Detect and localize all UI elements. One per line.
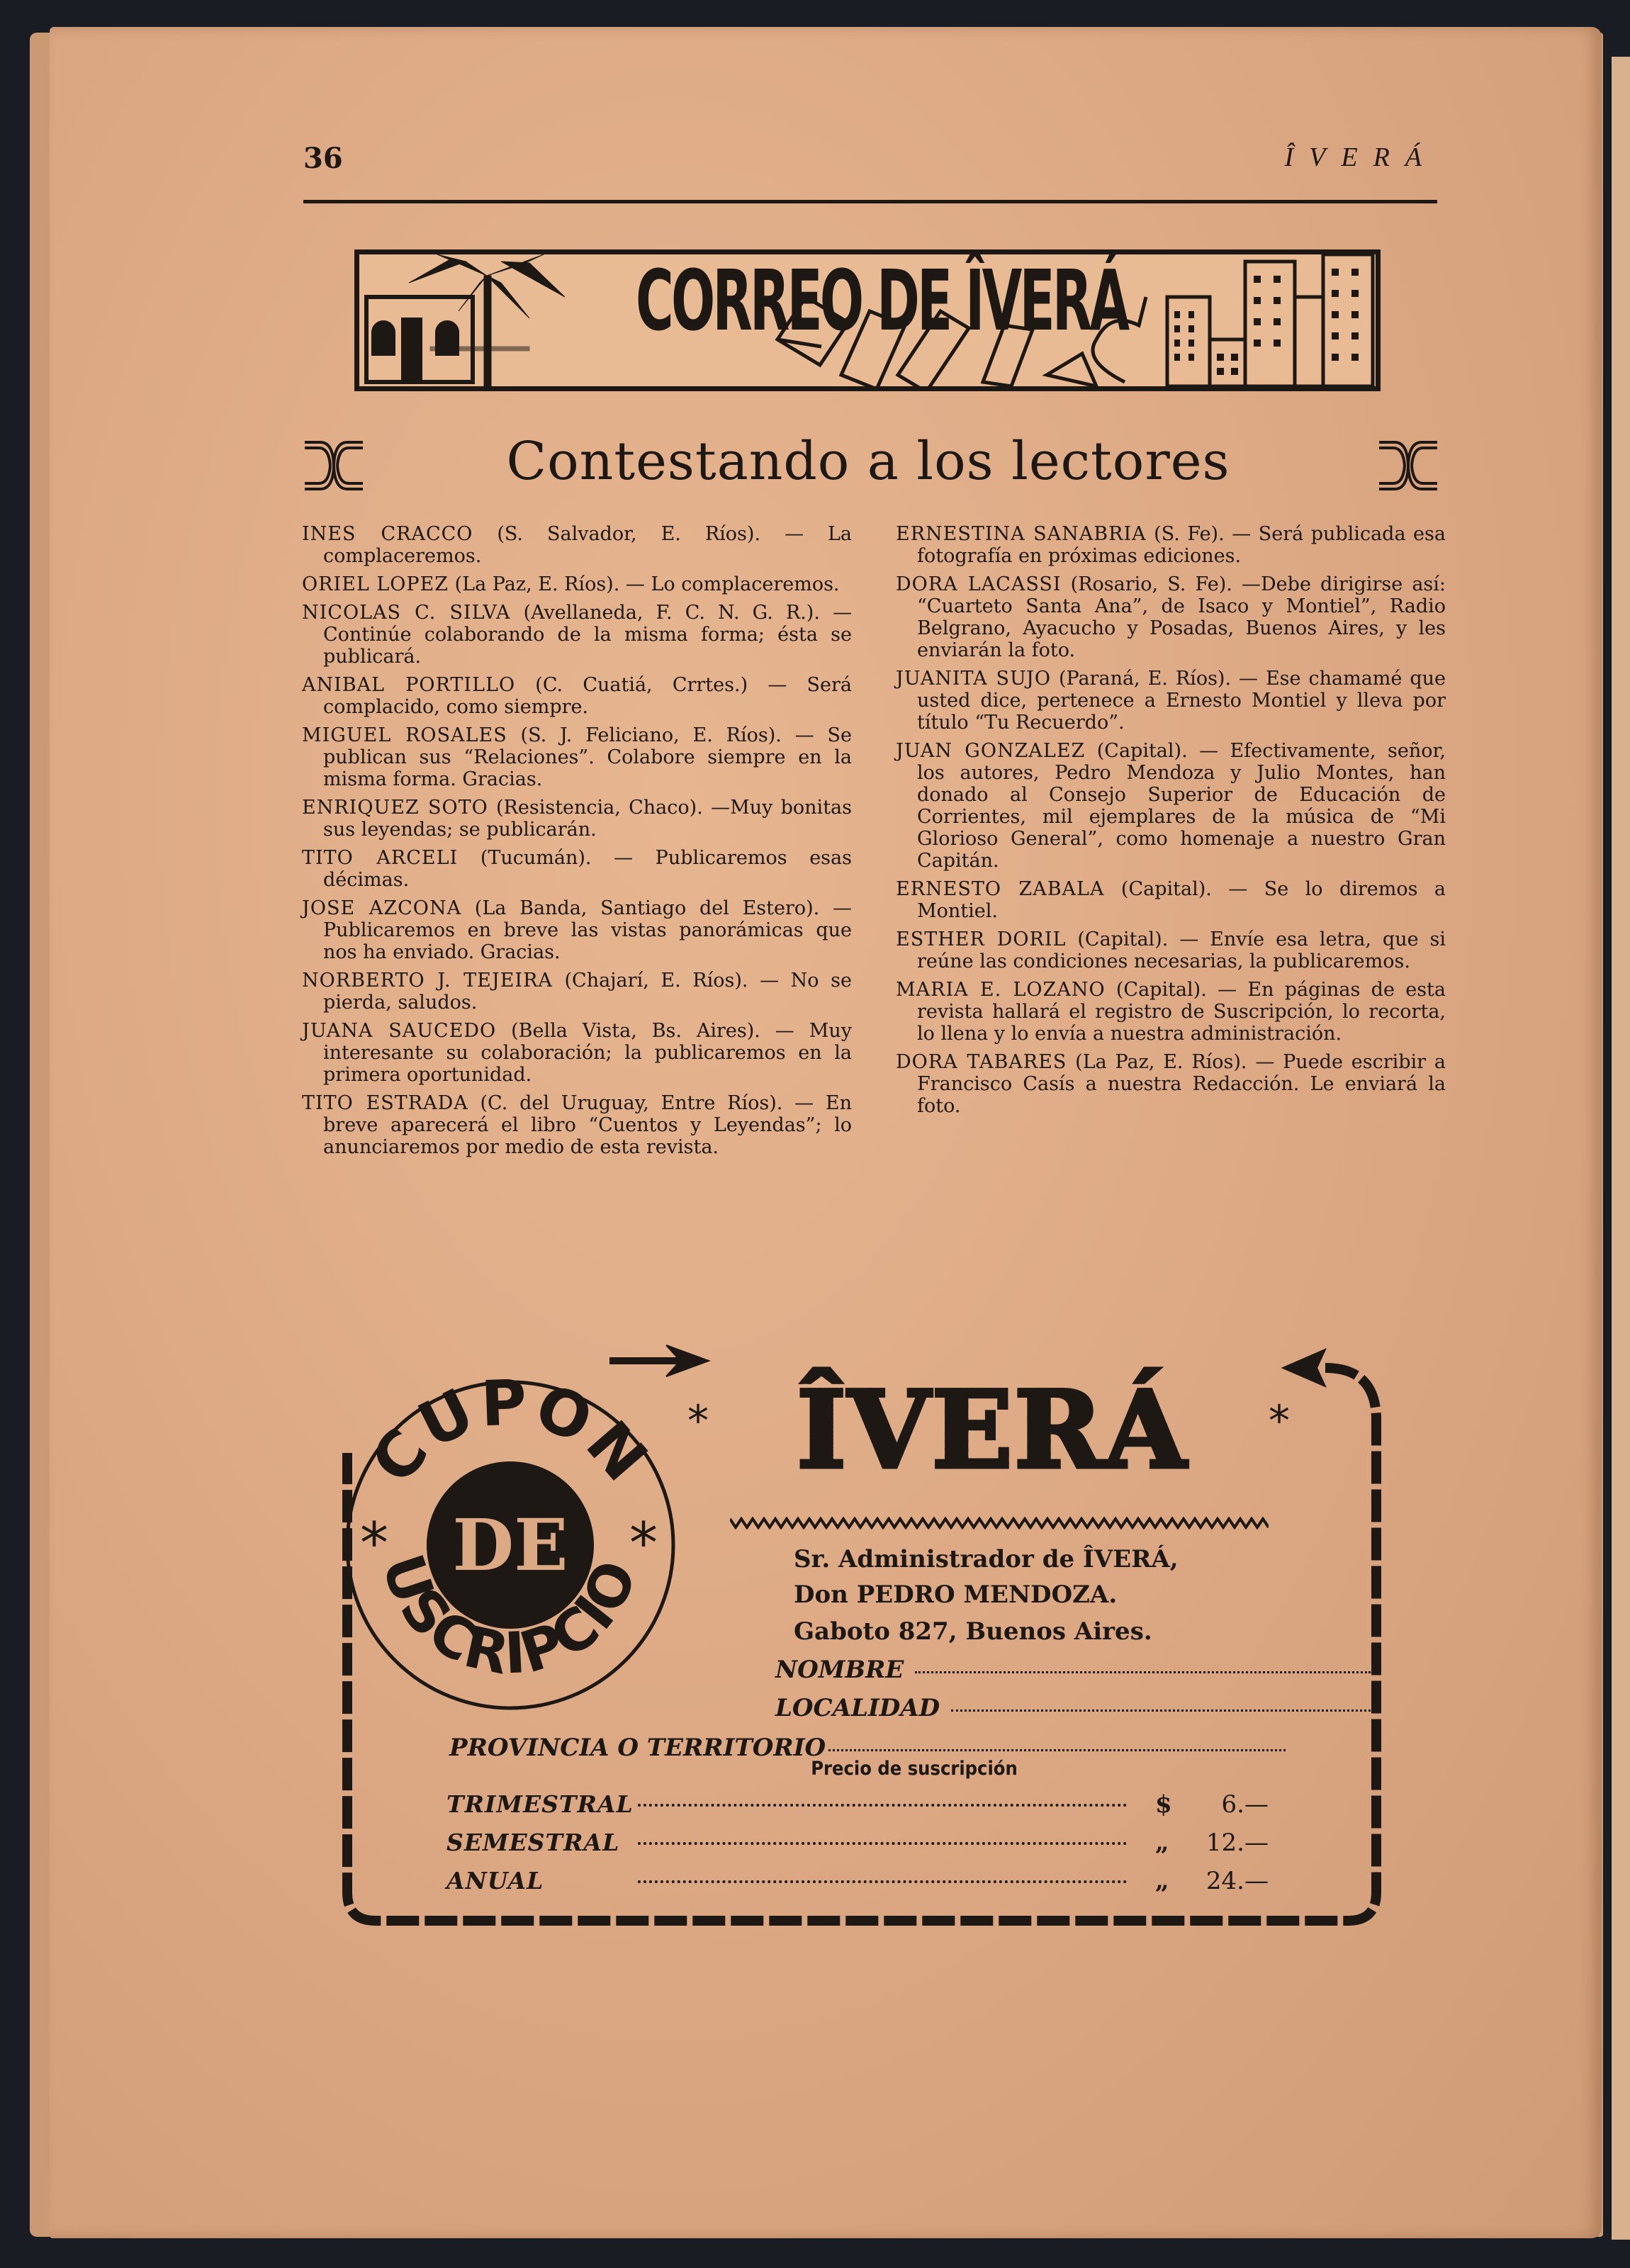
reader-name: JUANITA SUJO [896, 668, 1051, 690]
reader-reply: MIGUEL ROSALES (S. J. Feliciano, E. Ríos… [302, 724, 852, 790]
price-row-semestral: SEMESTRAL„12.— [446, 1829, 1269, 1860]
leader-dots [638, 1842, 1127, 1845]
replies-column-left: INES CRACCO (S. Salvador, E. Ríos). — La… [302, 523, 852, 1164]
subscription-coupon: CUPON SUSCRIPCION DE * * * * ÎVERÁ Sr. A… [333, 1340, 1389, 1928]
next-page-edge [1612, 57, 1630, 2240]
star-icon: * [629, 1510, 658, 1576]
reader-reply: NORBERTO J. TEJEIRA (Chajarí, E. Ríos). … [302, 970, 852, 1014]
price-title: Precio de suscripción [755, 1758, 1074, 1780]
nombre-input-line[interactable] [915, 1671, 1371, 1673]
reader-location: (Rosario, S. Fe). [1062, 573, 1242, 595]
reader-reply: ENRIQUEZ SOTO (Resistencia, Chaco). —Muy… [302, 797, 852, 841]
nombre-field[interactable]: NOMBRE [775, 1656, 1371, 1684]
price-amount: 6.— [1184, 1790, 1269, 1819]
star-icon: * [1269, 1396, 1290, 1446]
reader-reply: ORIEL LOPEZ (La Paz, E. Ríos). — Lo comp… [302, 573, 852, 595]
scroll-ornament-icon [1378, 438, 1439, 493]
price-currency: „ [1155, 1829, 1184, 1857]
reader-location: (S. Salvador, E. Ríos). [473, 523, 785, 545]
reader-name: ESTHER DORIL [896, 928, 1066, 950]
price-currency: $ [1155, 1790, 1184, 1819]
reader-name: NICOLAS C. SILVA [302, 602, 511, 624]
reader-location: (S. Fe). [1147, 523, 1232, 545]
reader-reply: TITO ARCELI (Tucumán). — Publicaremos es… [302, 847, 852, 891]
price-amount: 12.— [1184, 1829, 1269, 1857]
reader-reply: DORA LACASSI (Rosario, S. Fe). —Debe dir… [896, 573, 1446, 661]
reader-reply: ESTHER DORIL (Capital). — Envíe esa letr… [896, 928, 1446, 972]
price-label: TRIMESTRAL [446, 1790, 638, 1818]
reader-location: (Resistencia, Chaco). [488, 797, 711, 819]
reader-name: ERNESTINA SANABRIA [896, 523, 1147, 545]
reader-name: INES CRACCO [302, 523, 473, 545]
correo-banner: CORREO DE ÎVERÁ [354, 249, 1381, 391]
localidad-input-line[interactable] [951, 1710, 1371, 1712]
magazine-name: ÎVERÁ [1284, 142, 1437, 173]
reader-name: JUAN GONZALEZ [896, 740, 1085, 762]
reader-reply: TITO ESTRADA (C. del Uruguay, Entre Ríos… [302, 1092, 852, 1158]
reader-name: TITO ARCELI [302, 847, 458, 869]
leader-dots [638, 1804, 1127, 1807]
reader-location: (Bella Vista, Bs. Aires). [496, 1020, 775, 1042]
reader-name: DORA LACASSI [896, 573, 1062, 595]
replies-column-right: ERNESTINA SANABRIA (S. Fe). — Será publi… [896, 523, 1446, 1123]
reader-name: ANIBAL PORTILLO [302, 674, 515, 696]
reader-location: (Avellaneda, F. C. N. G. R.). [511, 602, 833, 624]
reader-reply: ANIBAL PORTILLO (C. Cuatiá, Crrtes.) — S… [302, 674, 852, 718]
palm-tree-icon [409, 254, 565, 386]
reader-name: ENRIQUEZ SOTO [302, 797, 488, 819]
price-label: ANUAL [446, 1867, 638, 1894]
nombre-label: NOMBRE [775, 1656, 904, 1684]
section-title-row: Contestando a los lectores [298, 431, 1439, 502]
reader-location: (La Banda, Santiago del Estero). [461, 897, 833, 919]
reader-name: MARIA E. LOZANO [896, 979, 1106, 1001]
price-row-trimestral: TRIMESTRAL$6.— [446, 1790, 1269, 1821]
price-label: SEMESTRAL [446, 1829, 638, 1856]
colonial-house-icon [366, 297, 473, 382]
reader-reply: JOSE AZCONA (La Banda, Santiago del Este… [302, 897, 852, 963]
reader-reply: INES CRACCO (S. Salvador, E. Ríos). — La… [302, 523, 852, 567]
reader-reply: JUANA SAUCEDO (Bella Vista, Bs. Aires). … [302, 1020, 852, 1086]
address-line-1: Sr. Administrador de ÎVERÁ, [794, 1545, 1179, 1573]
reader-reply: JUANITA SUJO (Paraná, E. Ríos). — Ese ch… [896, 668, 1446, 734]
price-currency: „ [1155, 1867, 1184, 1895]
price-amount: 24.— [1184, 1867, 1269, 1895]
reader-reply: DORA TABARES (La Paz, E. Ríos). — Puede … [896, 1051, 1446, 1117]
star-icon: * [360, 1510, 388, 1576]
zigzag-rule [730, 1517, 1269, 1529]
coupon-seal: CUPON SUSCRIPCION DE * * [333, 1368, 687, 1722]
reader-location: (C. Cuatiá, Crrtes.) [515, 674, 768, 696]
ivera-logo-text: ÎVERÁ [797, 1368, 1188, 1493]
banner-title: CORREO DE ÎVERÁ [636, 252, 1127, 349]
reader-name: TITO ESTRADA [302, 1092, 468, 1114]
provincia-input-line[interactable] [828, 1749, 1286, 1751]
reader-location: (Chajarí, E. Ríos). [553, 970, 760, 992]
reader-name: DORA TABARES [896, 1051, 1067, 1073]
reader-name: ORIEL LOPEZ [302, 573, 449, 595]
reader-name: JUANA SAUCEDO [302, 1020, 496, 1042]
reader-reply: NICOLAS C. SILVA (Avellaneda, F. C. N. G… [302, 602, 852, 668]
localidad-label: LOCALIDAD [775, 1694, 940, 1722]
reader-location: (Capital). [1085, 740, 1199, 762]
reader-location: (Capital). [1106, 979, 1218, 1001]
reader-location: (Capital). [1066, 928, 1179, 950]
reader-reply: ERNESTO ZABALA (Capital). — Se lo diremo… [896, 878, 1446, 922]
reader-name: ERNESTO ZABALA [896, 878, 1104, 900]
page-number: 36 [303, 142, 343, 175]
star-icon: * [687, 1396, 709, 1446]
running-head: 36 ÎVERÁ [303, 142, 1437, 184]
reader-location: (La Paz, E. Ríos). [449, 573, 626, 595]
reader-location: (Tucumán). [458, 847, 614, 869]
localidad-field[interactable]: LOCALIDAD [775, 1694, 1371, 1722]
reader-name: MIGUEL ROSALES [302, 724, 507, 746]
reply-text: — Lo complaceremos. [626, 573, 840, 595]
address-line-3: Gaboto 827, Buenos Aires. [794, 1617, 1152, 1646]
reader-location: (La Paz, E. Ríos). [1067, 1051, 1255, 1073]
reader-location: (Paraná, E. Ríos). [1051, 668, 1239, 690]
section-title: Contestando a los lectores [298, 431, 1439, 492]
reader-reply: JUAN GONZALEZ (Capital). — Efectivamente… [896, 740, 1446, 872]
ivera-logo: ÎVERÁ [772, 1368, 1212, 1493]
reader-name: NORBERTO J. TEJEIRA [302, 970, 553, 992]
city-buildings-icon [1093, 254, 1373, 386]
header-rule [303, 200, 1437, 203]
price-row-anual: ANUAL„24.— [446, 1867, 1269, 1898]
reader-location: (C. del Uruguay, Entre Ríos). [468, 1092, 794, 1114]
reader-location: (S. J. Feliciano, E. Ríos). [507, 724, 795, 746]
seal-center-text: DE [453, 1503, 568, 1587]
leader-dots [638, 1880, 1127, 1883]
reader-reply: ERNESTINA SANABRIA (S. Fe). — Será publi… [896, 523, 1446, 567]
reader-reply: MARIA E. LOZANO (Capital). — En páginas … [896, 979, 1446, 1045]
address-line-2: Don PEDRO MENDOZA. [794, 1581, 1117, 1609]
reader-name: JOSE AZCONA [302, 897, 461, 919]
reader-location: (Capital). [1104, 878, 1228, 900]
